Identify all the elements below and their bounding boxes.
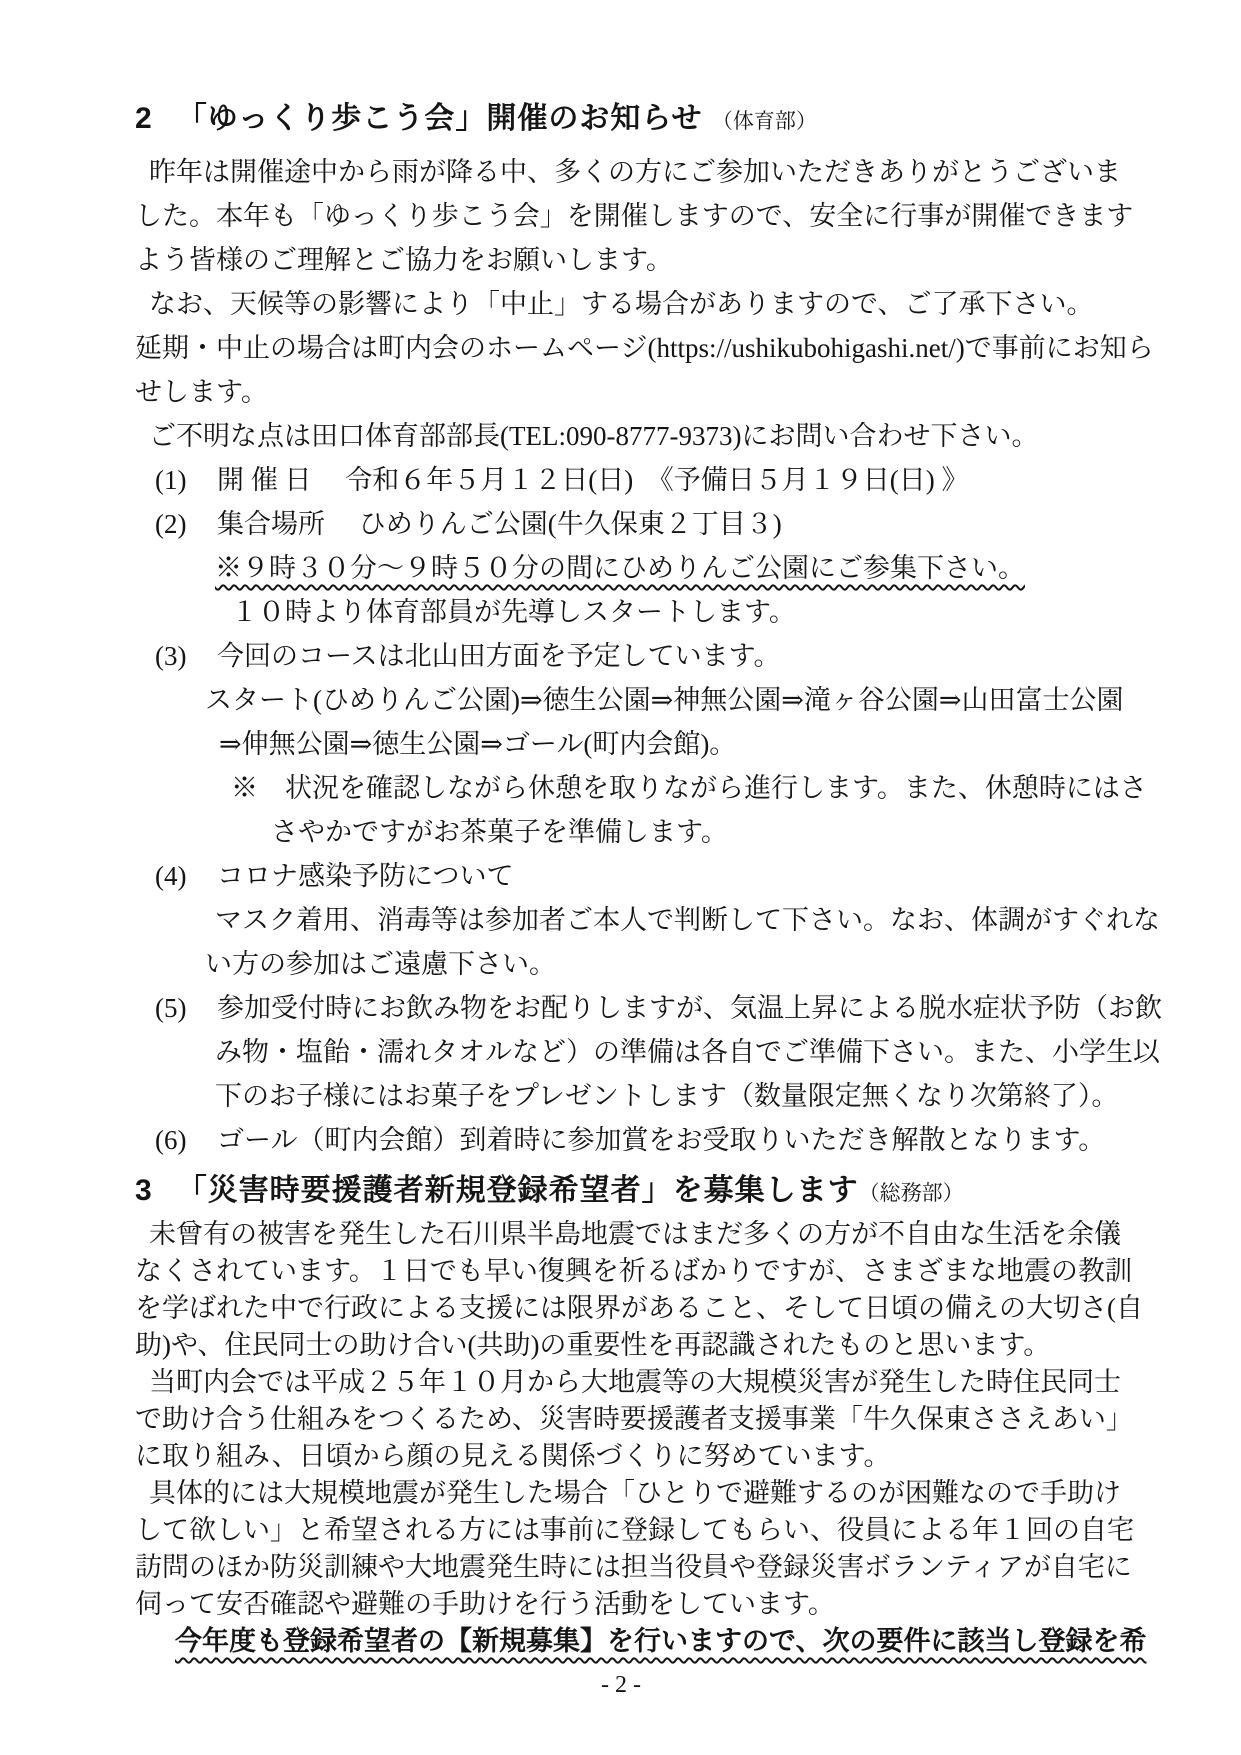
paragraph-line-tel: ご不明な点は田口体育部部長(TEL:090-8777-9373)にお問い合わせ下…: [135, 414, 1107, 458]
paragraph-line: せします。: [135, 370, 1107, 414]
list-item-text: 開 催 日 令和６年５月１２日(日) 《予備日５月１９日(日) 》: [217, 458, 968, 502]
list-item-continuation: い方の参加はご遠慮下さい。: [135, 942, 1107, 986]
wavy-underlined-text: ※９時３０分～９時５０分の間にひめりんご公園にご参集下さい。: [215, 553, 1025, 583]
list-item-6: (6)ゴール（町内会館）到着時に参加賞をお受取りいただき解散となります。: [135, 1118, 1107, 1162]
paragraph-line: なくされています。１日でも早い復興を祈るばかりですが、さまざまな地震の教訓: [135, 1253, 1107, 1290]
section-2-title: 「ゆっくり歩こう会」開催のお知らせ: [177, 102, 703, 135]
paragraph-line: 当町内会では平成２５年１０月から大地震等の大規模災害が発生した時住民同士: [135, 1364, 1107, 1401]
list-item-number: (1): [135, 458, 217, 502]
paragraph-line: 伺って安否確認や避難の手助けを行う活動をしています。: [135, 1586, 1107, 1623]
course-route-line: ⇒伸無公園⇒徳生公園⇒ゴール(町内会館)。: [135, 722, 1107, 766]
paragraph-line: を学ばれた中で行政による支援には限界があること、そして日頃の備えの大切さ(自: [135, 1290, 1107, 1327]
list-item-3: (3)今回のコースは北山田方面を予定しています。: [135, 634, 1107, 678]
paragraph-line: した。本年も「ゆっくり歩こう会」を開催しますので、安全に行事が開催できます: [135, 194, 1107, 238]
course-route-line: スタート(ひめりんご公園)⇒徳生公園⇒神無公園⇒滝ヶ谷公園⇒山田富士公園: [135, 678, 1107, 722]
list-item-4: (4)コロナ感染予防について: [135, 854, 1107, 898]
list-item-continuation: 下のお子様にはお菓子をプレゼントします（数量限定無くなり次第終了）。: [135, 1074, 1107, 1118]
page-content: 2「ゆっくり歩こう会」開催のお知らせ （体育部） 昨年は開催途中から雨が降る中、…: [135, 96, 1107, 1700]
list-item-text: 参加受付時にお飲み物をお配りしますが、気温上昇による脱水症状予防（お飲: [217, 986, 1162, 1030]
rest-note-line: ※ 状況を確認しながら休憩を取りながら進行します。また、休憩時にはさ: [135, 766, 1107, 810]
list-item-number: (4): [135, 854, 217, 898]
list-item-text: ゴール（町内会館）到着時に参加賞をお受取りいただき解散となります。: [217, 1118, 1105, 1162]
list-item-5: (5)参加受付時にお飲み物をお配りしますが、気温上昇による脱水症状予防（お飲: [135, 986, 1107, 1030]
start-time-note: １０時より体育部員が先導しスタートします。: [135, 590, 1107, 634]
list-item-continuation: マスク着用、消毒等は参加者ご本人で判断して下さい。なお、体調がすぐれな: [135, 898, 1107, 942]
list-item-number: (5): [135, 986, 217, 1030]
paragraph-line: 助)や、住民同士の助け合い(共助)の重要性を再認識されたものと思います。: [135, 1327, 1107, 1364]
paragraph-line: 具体的には大規模地震が発生した場合「ひとりで避難するのが困難なので手助け: [135, 1475, 1107, 1512]
paragraph-line: 未曾有の被害を発生した石川県半島地震ではまだ多くの方が不自由な生活を余儀: [135, 1216, 1107, 1253]
list-item-text: 集合場所 ひめりんご公園(牛久保東２丁目３): [217, 502, 782, 546]
list-item-2: (2)集合場所 ひめりんご公園(牛久保東２丁目３): [135, 502, 1107, 546]
rest-note-line: さやかですがお茶菓子を準備します。: [135, 810, 1107, 854]
section-3-department: （総務部）: [859, 1181, 964, 1205]
section-2-number: 2: [135, 96, 153, 142]
list-item-continuation: み物・塩飴・濡れタオルなど）の準備は各自でご準備下さい。また、小学生以: [135, 1030, 1107, 1074]
paragraph-line-url: 延期・中止の場合は町内会のホームページ(https://ushikubohiga…: [135, 326, 1107, 370]
paragraph-line: して欲しい」と希望される方には事前に登録してもらい、役員による年１回の自宅: [135, 1512, 1107, 1549]
paragraph-line: で助け合う仕組みをつくるため、災害時要援護者支援事業「牛久保東ささえあい」: [135, 1401, 1107, 1438]
list-item-text: 今回のコースは北山田方面を予定しています。: [217, 634, 781, 678]
section-3-body: 未曾有の被害を発生した石川県半島地震ではまだ多くの方が不自由な生活を余儀 なくさ…: [135, 1216, 1107, 1660]
section-2-body: 昨年は開催途中から雨が降る中、多くの方にご参加いただきありがとうございま した。…: [135, 150, 1107, 1162]
list-item-number: (6): [135, 1118, 217, 1162]
document-page: 2「ゆっくり歩こう会」開催のお知らせ （体育部） 昨年は開催途中から雨が降る中、…: [0, 0, 1241, 1755]
section-3-heading: 3「災害時要援護者新規登録希望者」を募集します（総務部）: [135, 1168, 1107, 1214]
list-item-number: (3): [135, 634, 217, 678]
list-item-text: コロナ感染予防について: [217, 854, 513, 898]
assembly-time-note: ※９時３０分～９時５０分の間にひめりんご公園にご参集下さい。: [135, 546, 1107, 590]
section-2-heading: 2「ゆっくり歩こう会」開催のお知らせ （体育部）: [135, 96, 1107, 142]
recruitment-announcement-line: 今年度も登録希望者の【新規募集】を行いますので、次の要件に該当し登録を希: [135, 1623, 1107, 1660]
paragraph-line: よう皆様のご理解とご協力をお願いします。: [135, 238, 1107, 282]
paragraph-line: なお、天候等の影響により「中止」する場合がありますので、ご了承下さい。: [135, 282, 1107, 326]
paragraph-line: 昨年は開催途中から雨が降る中、多くの方にご参加いただきありがとうございま: [135, 150, 1107, 194]
section-3-number: 3: [135, 1168, 153, 1214]
paragraph-line: 訪問のほか防災訓練や大地震発生時には担当役員や登録災害ボランティアが自宅に: [135, 1549, 1107, 1586]
wavy-underlined-bold-text: 今年度も登録希望者の【新規募集】を行いますので、次の要件に該当し登録を希: [175, 1626, 1146, 1656]
page-number: - 2 -: [135, 1670, 1107, 1700]
paragraph-line: に取り組み、日頃から顔の見える関係づくりに努めています。: [135, 1438, 1107, 1475]
list-item-number: (2): [135, 502, 217, 546]
section-2-department: （体育部）: [712, 109, 817, 133]
section-3-title: 「災害時要援護者新規登録希望者」を募集します: [177, 1174, 859, 1207]
list-item-1: (1)開 催 日 令和６年５月１２日(日) 《予備日５月１９日(日) 》: [135, 458, 1107, 502]
